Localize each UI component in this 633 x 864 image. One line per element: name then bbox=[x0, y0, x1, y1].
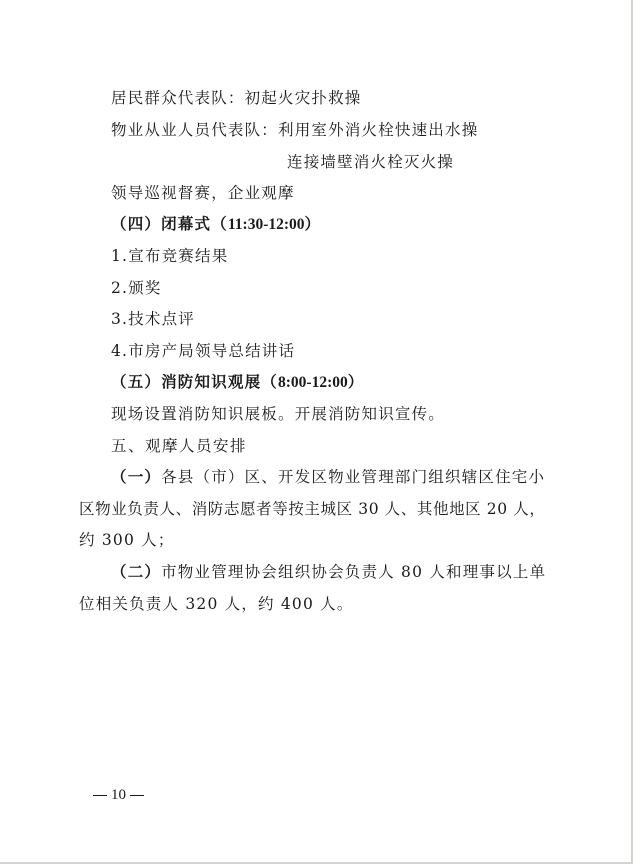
list-item-awards: 2.颁奖 bbox=[111, 278, 162, 298]
list-item-technical-review: 3.技术点评 bbox=[111, 309, 195, 329]
paragraph-one-line-1: （一）各县（市）区、开发区物业管理部门组织辖区住宅小 bbox=[111, 467, 545, 487]
paragraph-two-text: 市物业管理协会组织协会负责人 80 人和理事以上单 bbox=[161, 563, 546, 581]
fire-knowledge-exhibit-heading: （五）消防知识观展（8:00-12:00） bbox=[111, 372, 364, 393]
paragraph-two-label: （二） bbox=[111, 562, 161, 581]
closing-ceremony-paren: ） bbox=[305, 214, 322, 233]
list-item-leader-speech: 4.市房产局领导总结讲话 bbox=[111, 341, 295, 361]
document-page: 居民群众代表队：初起火灾扑救操 物业从业人员代表队：利用室外消火栓快速出水操 连… bbox=[0, 0, 633, 864]
fire-knowledge-exhibit-title: （五）消防知识观展（ bbox=[111, 372, 278, 391]
dash-left bbox=[93, 795, 107, 796]
fire-knowledge-exhibit-time: 8:00-12:00 bbox=[278, 374, 348, 391]
property-team-item: 物业从业人员代表队：利用室外消火栓快速出水操 bbox=[111, 120, 478, 140]
resident-team-item: 居民群众代表队：初起火灾扑救操 bbox=[111, 88, 362, 108]
section-five-heading: 五、观摩人员安排 bbox=[111, 436, 247, 456]
closing-ceremony-heading: （四）闭幕式（11:30-12:00） bbox=[111, 214, 321, 235]
fire-knowledge-exhibit-text: 现场设置消防知识展板。开展消防知识宣传。 bbox=[111, 404, 445, 424]
paragraph-two-line-1: （二）市物业管理协会组织协会负责人 80 人和理事以上单 bbox=[111, 562, 546, 582]
paragraph-one-line-2: 区物业负责人、消防志愿者等按主城区 30 人、其他地区 20 人， bbox=[79, 499, 545, 519]
fire-knowledge-exhibit-paren: ） bbox=[348, 372, 365, 391]
leader-inspection-item: 领导巡视督赛，企业观摩 bbox=[111, 183, 295, 203]
dash-right bbox=[130, 795, 144, 796]
paragraph-one-text: 各县（市）区、开发区物业管理部门组织辖区住宅小 bbox=[161, 468, 545, 486]
property-team-item-continued: 连接墙壁消火栓灭火操 bbox=[287, 152, 454, 172]
paragraph-one-label: （一） bbox=[111, 467, 161, 486]
page-number: 10 bbox=[111, 787, 126, 803]
closing-ceremony-time: 11:30-12:00 bbox=[228, 216, 305, 233]
paragraph-two-line-2: 位相关负责人 320 人，约 400 人。 bbox=[79, 594, 354, 614]
page-number-footer: 10 bbox=[89, 786, 148, 804]
paragraph-one-line-3: 约 300 人； bbox=[79, 530, 175, 550]
closing-ceremony-title: （四）闭幕式（ bbox=[111, 214, 228, 233]
list-item-announce-results: 1.宣布竞赛结果 bbox=[111, 246, 228, 266]
